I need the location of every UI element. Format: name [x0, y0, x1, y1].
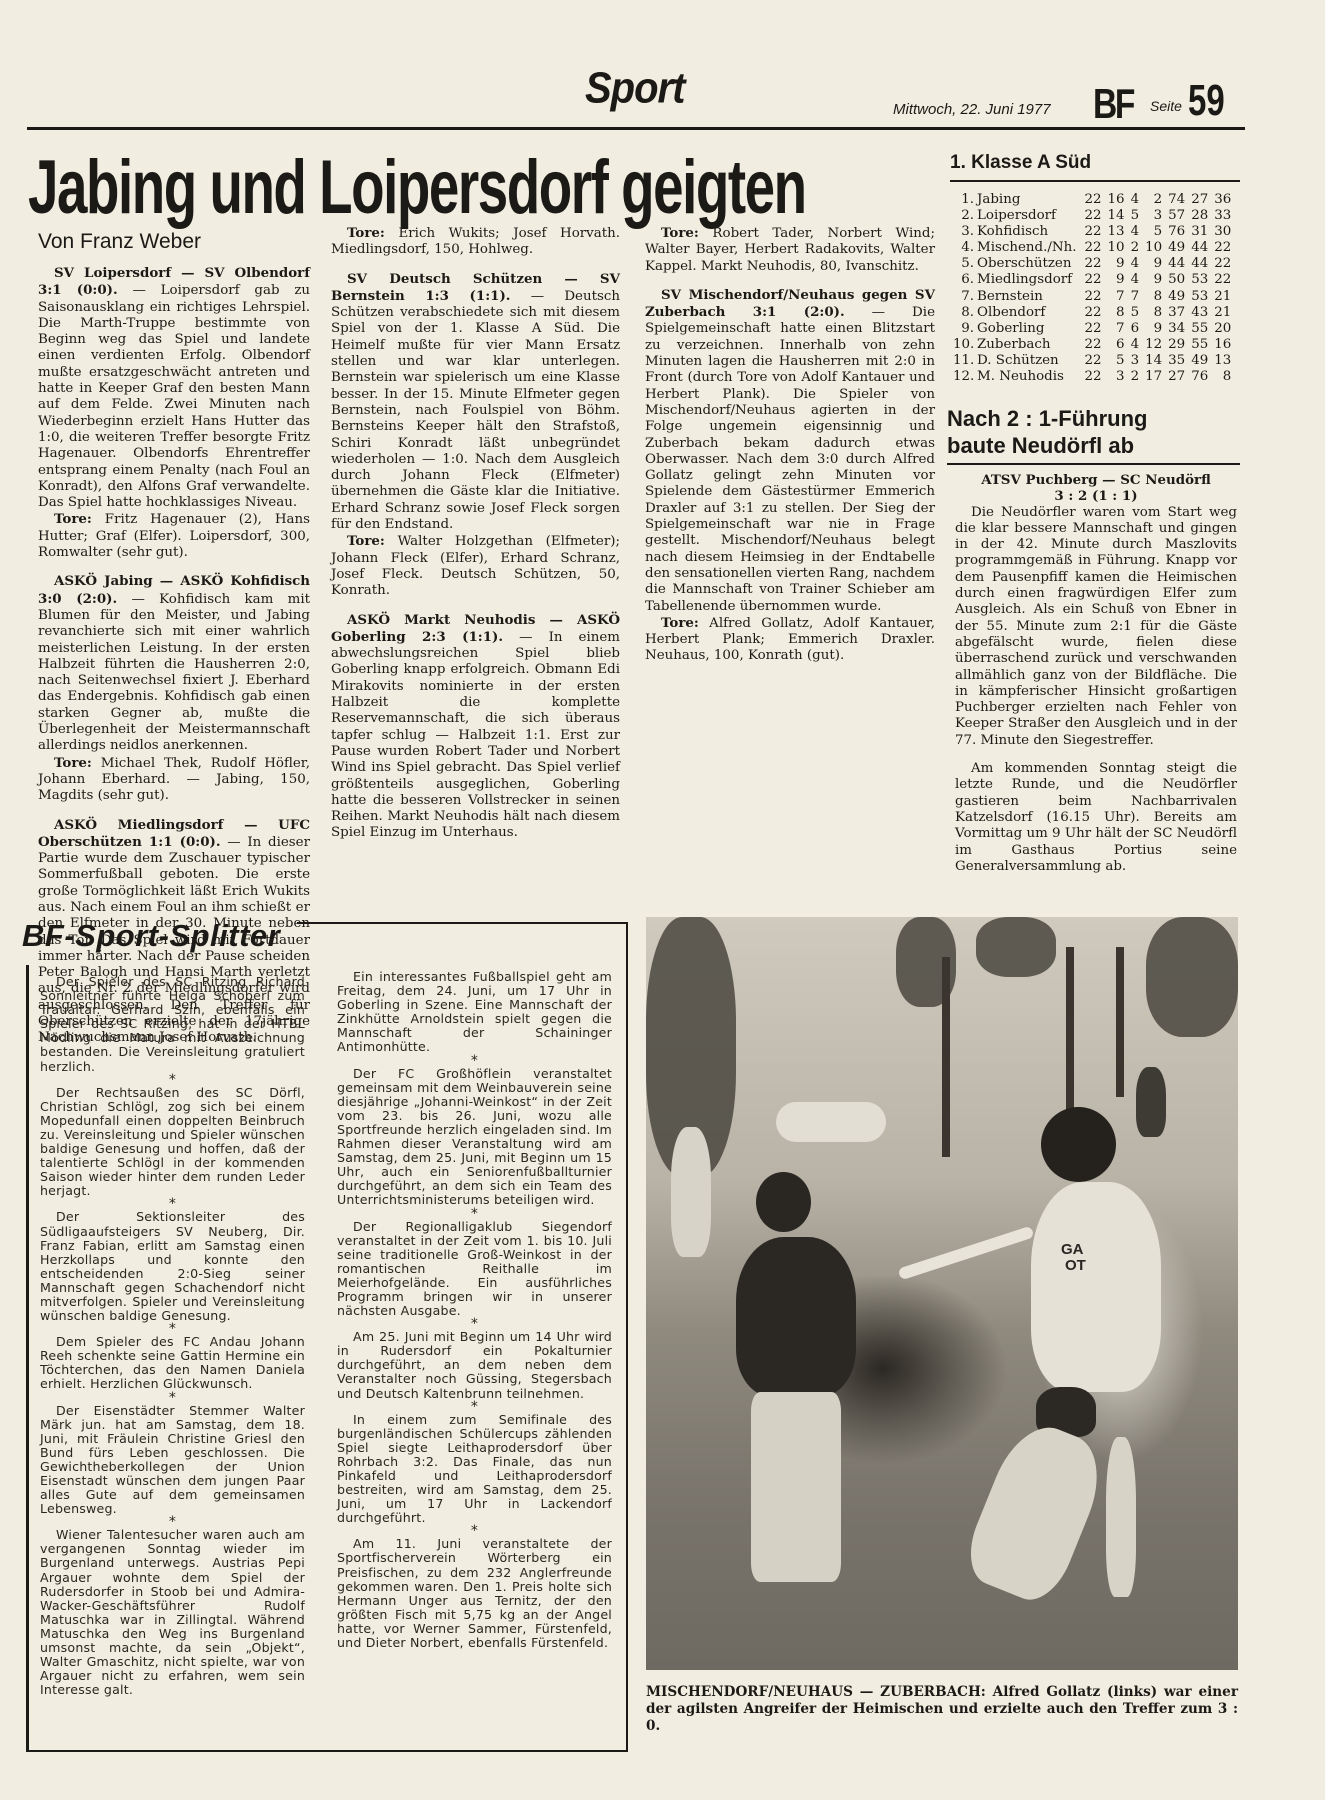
standings-table: 1.Jabing2216427427362.Loipersdorf2214535… — [953, 192, 1231, 385]
match-photo: GA OT — [646, 917, 1238, 1670]
team-name: 5.Oberschützen — [953, 256, 1078, 272]
games-played: 22 — [1078, 337, 1101, 353]
article-paragraph: ASKÖ Markt Neuhodis — ASKÖ Goberling 2:3… — [331, 612, 620, 842]
games-lost: 14 — [1139, 353, 1162, 369]
article-paragraph: ASKÖ Jabing — ASKÖ Kohfidisch 3:0 (2:0).… — [38, 573, 310, 754]
points: 13 — [1208, 353, 1231, 369]
games-won: 5 — [1102, 353, 1125, 369]
goals-against: 55 — [1185, 337, 1208, 353]
splitter-item: Der FC Großhöflein veranstaltet gemeinsa… — [337, 1067, 612, 1208]
goals-label: Tore: — [661, 225, 699, 241]
team-name: 12.M. Neuhodis — [953, 369, 1078, 385]
games-drawn: 7 — [1125, 289, 1140, 305]
shirt-lettering: GA — [1061, 1242, 1084, 1257]
games-won: 3 — [1102, 369, 1125, 385]
games-drawn: 6 — [1125, 321, 1140, 337]
points: 22 — [1208, 272, 1231, 288]
side-article-headline: Nach 2 : 1-Führung baute Neudörfl ab — [947, 405, 1147, 459]
games-played: 22 — [1078, 208, 1101, 224]
team-name: 3.Kohfidisch — [953, 224, 1078, 240]
goals-for: 29 — [1162, 337, 1185, 353]
games-won: 7 — [1102, 321, 1125, 337]
splitter-item: Der Regionalligaklub Siegendorf veransta… — [337, 1220, 612, 1319]
goals-for: 35 — [1162, 353, 1185, 369]
article-paragraph: Tore: Michael Thek, Rudolf Höfler, Johan… — [38, 755, 310, 805]
games-drawn: 5 — [1125, 305, 1140, 321]
points: 21 — [1208, 305, 1231, 321]
games-lost: 5 — [1139, 224, 1162, 240]
byline: Von Franz Weber — [38, 230, 201, 254]
side-match-score: 3 : 2 (1 : 1) — [955, 488, 1237, 504]
games-played: 22 — [1078, 224, 1101, 240]
splitter-item: Wiener Talentesucher waren auch am verga… — [40, 1528, 305, 1697]
team-name: 10.Zuberbach — [953, 337, 1078, 353]
team-position: 11. — [953, 353, 974, 369]
games-lost: 9 — [1139, 321, 1162, 337]
games-played: 22 — [1078, 321, 1101, 337]
standings-row: 2.Loipersdorf221453572833 — [953, 208, 1231, 224]
article-paragraph: SV Mischendorf/Neuhaus gegen SV Zuberbac… — [645, 287, 935, 615]
splitter-item: Der Eisenstädter Stemmer Walter Märk jun… — [40, 1404, 305, 1517]
standings-row: 8.Olbendorf22858374321 — [953, 305, 1231, 321]
goals-against: 76 — [1185, 369, 1208, 385]
splitter-item: Am 25. Juni mit Beginn um 14 Uhr wird in… — [337, 1330, 612, 1400]
games-won: 10 — [1102, 240, 1125, 256]
goals-against: 28 — [1185, 208, 1208, 224]
main-headline: Jabing und Loipersdorf geigten — [28, 150, 806, 226]
shirt-lettering: OT — [1065, 1258, 1086, 1273]
points: 36 — [1208, 192, 1231, 208]
games-won: 9 — [1102, 272, 1125, 288]
goals-for: 34 — [1162, 321, 1185, 337]
goals-label: Tore: — [661, 615, 699, 631]
side-headline-line-2: baute Neudörfl ab — [947, 432, 1147, 459]
photo-caption: MISCHENDORF/NEUHAUS — ZUBERBACH: Alfred … — [646, 1684, 1238, 1735]
points: 30 — [1208, 224, 1231, 240]
goals-for: 50 — [1162, 272, 1185, 288]
goals-for: 37 — [1162, 305, 1185, 321]
standings-title: 1. Klasse A Süd — [950, 152, 1091, 174]
splitter-left-border — [26, 965, 29, 1750]
article-paragraph: Tore: Alfred Gollatz, Adolf Kantauer, He… — [645, 615, 935, 665]
team-position: 3. — [953, 224, 974, 240]
player-left-legs — [751, 1392, 841, 1582]
standings-row: 12.M. Neuhodis22321727768 — [953, 369, 1231, 385]
games-drawn: 4 — [1125, 224, 1140, 240]
article-paragraph: Am kommenden Sonntag steigt die letzte R… — [955, 761, 1237, 875]
player-right-shirt: GA OT — [1031, 1182, 1161, 1392]
goals-against: 44 — [1185, 256, 1208, 272]
article-paragraph: Tore: Robert Tader, Norbert Wind; Walter… — [645, 225, 935, 275]
article-paragraph: Tore: Walter Holzgethan (Elfmeter); Joha… — [331, 533, 620, 599]
points: 21 — [1208, 289, 1231, 305]
team-position: 5. — [953, 256, 974, 272]
asterisk-separator: * — [337, 1401, 612, 1413]
splitter-top-rule — [297, 922, 627, 924]
standings-row: 11.D. Schützen225314354913 — [953, 353, 1231, 369]
asterisk-separator: * — [337, 1208, 612, 1220]
player-right-leg — [1106, 1437, 1136, 1597]
team-position: 12. — [953, 369, 974, 385]
splitter-item: Der Spieler des SC Ritzing Richard Sonnl… — [40, 975, 305, 1074]
games-played: 22 — [1078, 369, 1101, 385]
article-column-2: Tore: Erich Wukits; Josef Horvath. Miedl… — [331, 225, 620, 842]
goals-label: Tore: — [54, 511, 92, 527]
article-paragraph: Tore: Erich Wukits; Josef Horvath. Miedl… — [331, 225, 620, 259]
player-left-shirt — [736, 1237, 856, 1397]
asterisk-separator: * — [40, 1074, 305, 1086]
games-lost: 10 — [1139, 240, 1162, 256]
goals-against: 27 — [1185, 192, 1208, 208]
games-lost: 8 — [1139, 305, 1162, 321]
goals-for: 49 — [1162, 240, 1185, 256]
games-won: 9 — [1102, 256, 1125, 272]
games-won: 6 — [1102, 337, 1125, 353]
article-paragraph: SV Deutsch Schützen — SV Bernstein 1:3 (… — [331, 271, 620, 534]
games-played: 22 — [1078, 289, 1101, 305]
standings-row: 1.Jabing221642742736 — [953, 192, 1231, 208]
splitter-column-2: Ein interessantes Fußballspiel geht am F… — [337, 970, 612, 1650]
points: 33 — [1208, 208, 1231, 224]
asterisk-separator: * — [337, 1055, 612, 1067]
goals-against: 43 — [1185, 305, 1208, 321]
side-match-title: ATSV Puchberg — SC Neudörfl — [955, 472, 1237, 488]
games-won: 13 — [1102, 224, 1125, 240]
team-position: 10. — [953, 337, 974, 353]
games-drawn: 5 — [1125, 208, 1140, 224]
team-position: 6. — [953, 272, 974, 288]
games-lost: 8 — [1139, 289, 1162, 305]
games-drawn: 4 — [1125, 192, 1140, 208]
goals-for: 44 — [1162, 256, 1185, 272]
games-won: 14 — [1102, 208, 1125, 224]
team-position: 9. — [953, 321, 974, 337]
games-lost: 3 — [1139, 208, 1162, 224]
splitter-item: Am 11. Juni veranstaltete der Sportfisch… — [337, 1537, 612, 1650]
games-lost: 12 — [1139, 337, 1162, 353]
splitter-title: BF-Sport-Splitter — [22, 918, 280, 954]
standings-row: 5.Oberschützen22949444422 — [953, 256, 1231, 272]
goals-label: Tore: — [347, 225, 385, 241]
standings-row: 3.Kohfidisch221345763130 — [953, 224, 1231, 240]
games-played: 22 — [1078, 353, 1101, 369]
article-paragraph: Tore: Fritz Hagenauer (2), Hans Hutter; … — [38, 511, 310, 561]
points: 22 — [1208, 256, 1231, 272]
team-position: 8. — [953, 305, 974, 321]
points: 8 — [1208, 369, 1231, 385]
goals-label: Tore: — [54, 755, 92, 771]
article-column-3: Tore: Robert Tader, Norbert Wind; Walter… — [645, 225, 935, 665]
team-name: 7.Bernstein — [953, 289, 1078, 305]
splitter-item: Ein interessantes Fußballspiel geht am F… — [337, 970, 612, 1055]
games-drawn: 3 — [1125, 353, 1140, 369]
games-played: 22 — [1078, 256, 1101, 272]
games-drawn: 4 — [1125, 256, 1140, 272]
team-position: 7. — [953, 289, 974, 305]
points: 16 — [1208, 337, 1231, 353]
games-won: 16 — [1102, 192, 1125, 208]
games-drawn: 2 — [1125, 369, 1140, 385]
games-lost: 17 — [1139, 369, 1162, 385]
team-name: 2.Loipersdorf — [953, 208, 1078, 224]
goals-for: 74 — [1162, 192, 1185, 208]
side-headline-line-1: Nach 2 : 1-Führung — [947, 405, 1147, 432]
standings-row: 6.Miedlingsdorf22949505322 — [953, 272, 1231, 288]
masthead-rule — [27, 127, 1245, 130]
player-left-head — [756, 1172, 811, 1232]
games-drawn: 4 — [1125, 337, 1140, 353]
standings-row: 4.Mischend./Nh.2210210494422 — [953, 240, 1231, 256]
team-name: 4.Mischend./Nh. — [953, 240, 1078, 256]
goals-for: 27 — [1162, 369, 1185, 385]
games-lost: 2 — [1139, 192, 1162, 208]
team-name: 6.Miedlingsdorf — [953, 272, 1078, 288]
games-lost: 9 — [1139, 256, 1162, 272]
games-drawn: 4 — [1125, 272, 1140, 288]
points: 22 — [1208, 240, 1231, 256]
photo-car — [776, 1102, 886, 1142]
splitter-column-1: Der Spieler des SC Ritzing Richard Sonnl… — [40, 975, 305, 1697]
goals-against: 49 — [1185, 353, 1208, 369]
games-lost: 9 — [1139, 272, 1162, 288]
goals-for: 76 — [1162, 224, 1185, 240]
splitter-right-border — [626, 922, 628, 1750]
splitter-item: In einem zum Semifinale des burgenländis… — [337, 1413, 612, 1526]
games-drawn: 2 — [1125, 240, 1140, 256]
team-position: 4. — [953, 240, 974, 256]
photo-trunk — [1066, 947, 1074, 1117]
page-label: Seite — [1150, 98, 1182, 114]
goals-against: 44 — [1185, 240, 1208, 256]
goals-for: 57 — [1162, 208, 1185, 224]
splitter-item: Der Rechtsaußen des SC Dörfl, Christian … — [40, 1086, 305, 1199]
points: 20 — [1208, 321, 1231, 337]
article-paragraph: Die Neudörfler waren vom Start weg die k… — [955, 505, 1237, 749]
photo-spectator — [1136, 1067, 1166, 1137]
player-right-leg — [958, 1414, 1114, 1609]
team-name: 9.Goberling — [953, 321, 1078, 337]
splitter-item: Der Sektionsleiter des Südligaaufsteiger… — [40, 1210, 305, 1323]
games-won: 7 — [1102, 289, 1125, 305]
team-name: 11.D. Schützen — [953, 353, 1078, 369]
games-played: 22 — [1078, 192, 1101, 208]
player-right-arm — [898, 1226, 1035, 1281]
goals-against: 55 — [1185, 321, 1208, 337]
side-article-body: ATSV Puchberg — SC Neudörfl 3 : 2 (1 : 1… — [955, 472, 1237, 875]
standings-row: 7.Bernstein22778495321 — [953, 289, 1231, 305]
caption-lead: MISCHENDORF/NEUHAUS — ZUBERBACH: — [646, 1684, 986, 1700]
photo-spectator — [671, 1127, 711, 1257]
team-position: 1. — [953, 192, 974, 208]
player-right-head — [1041, 1107, 1116, 1182]
games-played: 22 — [1078, 272, 1101, 288]
standings-row: 9.Goberling22769345520 — [953, 321, 1231, 337]
splitter-bottom-rule — [26, 1750, 628, 1752]
section-title: Sport — [585, 64, 684, 114]
goals-against: 31 — [1185, 224, 1208, 240]
games-won: 8 — [1102, 305, 1125, 321]
asterisk-separator: * — [40, 1392, 305, 1404]
goals-against: 53 — [1185, 272, 1208, 288]
page-number: 59 — [1188, 76, 1225, 126]
team-name: 8.Olbendorf — [953, 305, 1078, 321]
goals-label: Tore: — [347, 533, 385, 549]
article-paragraph: SV Loipersdorf — SV Olbendorf 3:1 (0:0).… — [38, 265, 310, 511]
team-name: 1.Jabing — [953, 192, 1078, 208]
side-article-rule — [947, 463, 1240, 465]
games-played: 22 — [1078, 240, 1101, 256]
goals-for: 49 — [1162, 289, 1185, 305]
photo-tree — [976, 917, 1056, 977]
photo-tree — [1146, 917, 1238, 1037]
newspaper-logo: BF — [1093, 80, 1133, 128]
standings-rule — [950, 180, 1240, 182]
games-played: 22 — [1078, 305, 1101, 321]
photo-trunk — [1116, 947, 1124, 1097]
splitter-item: Dem Spieler des FC Andau Johann Reeh sch… — [40, 1335, 305, 1391]
photo-trunk — [942, 957, 950, 1157]
standings-row: 10.Zuberbach226412295516 — [953, 337, 1231, 353]
team-position: 2. — [953, 208, 974, 224]
issue-date: Mittwoch, 22. Juni 1977 — [893, 101, 1051, 118]
goals-against: 53 — [1185, 289, 1208, 305]
